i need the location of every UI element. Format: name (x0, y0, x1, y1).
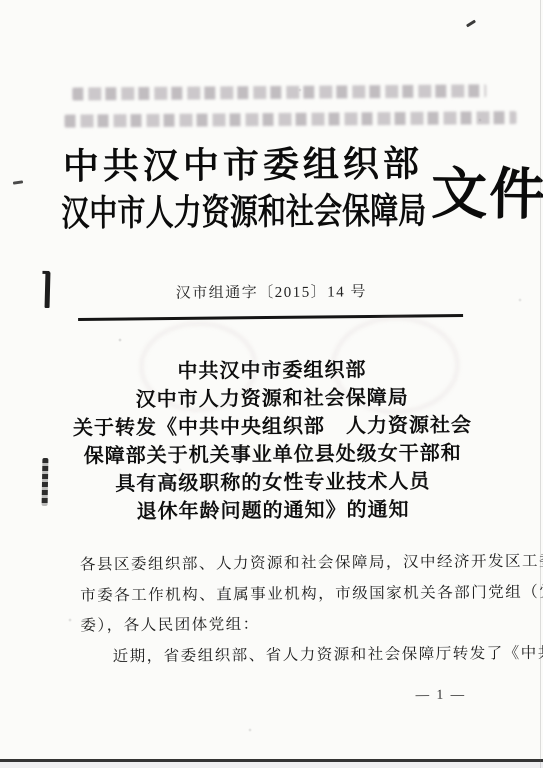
title-line: 汉中市人力资源和社会保障局 (1, 383, 543, 415)
document-type-label: 文件 (431, 164, 543, 225)
document-title: 中共汉中市委组织部 汉中市人力资源和社会保障局 关于转发《中共中央组织部 人力资… (0, 355, 543, 527)
document-reference-number: 汉市组通字〔2015〕14 号 (0, 279, 543, 304)
binding-mark-bracket (45, 272, 51, 308)
body-paragraph-line: 近期，省委组织部、省人力资源和社会保障厅转发了《中共 (81, 639, 471, 673)
title-line: 关于转发《中共中央组织部 人力资源社会 (1, 411, 543, 443)
title-line: 保障部关于机关事业单位县处级女干部和 (1, 439, 543, 471)
title-line: 中共汉中市委组织部 (0, 355, 543, 387)
recipients-line: 市委各工作机构、直属事业机构，市级国家机关各部门党组（党 (80, 578, 470, 612)
document-letterhead: 中共汉中市委组织部 汉中市人力资源和社会保障局 文件 (61, 140, 532, 238)
org-name-line1: 中共汉中市委组织部 (59, 141, 427, 190)
bleed-through-text-line (64, 111, 516, 128)
document-body: 各县区委组织部、人力资源和社会保障局，汉中经济开发区工委， 市委各工作机构、直属… (80, 547, 471, 672)
recipients-line: 委），各人民团体党组： (80, 608, 470, 642)
page-number: — 1 — (415, 686, 466, 702)
paper-bottom-edge (0, 759, 543, 762)
recipients-line: 各县区委组织部、人力资源和社会保障局，汉中经济开发区工委， (80, 547, 470, 581)
bleed-through-text-line (72, 84, 486, 100)
issuing-organizations: 中共汉中市委组织部 汉中市人力资源和社会保障局 (61, 141, 428, 238)
paper-bottom-strip (0, 762, 543, 768)
org-name-line2: 汉中市人力资源和社会保障局 (61, 187, 427, 238)
title-line: 具有高级职称的女性专业技术人员 (1, 467, 543, 499)
scanned-document-page: 中共汉中市委组织部 汉中市人力资源和社会保障局 文件 汉市组通字〔2015〕14… (0, 0, 543, 768)
title-line: 退休年龄问题的通知》的通知 (1, 495, 543, 527)
binding-mark-dashed-bar (42, 458, 49, 506)
page-content: 中共汉中市委组织部 汉中市人力资源和社会保障局 文件 汉市组通字〔2015〕14… (0, 0, 543, 768)
scan-right-edge (540, 0, 541, 768)
